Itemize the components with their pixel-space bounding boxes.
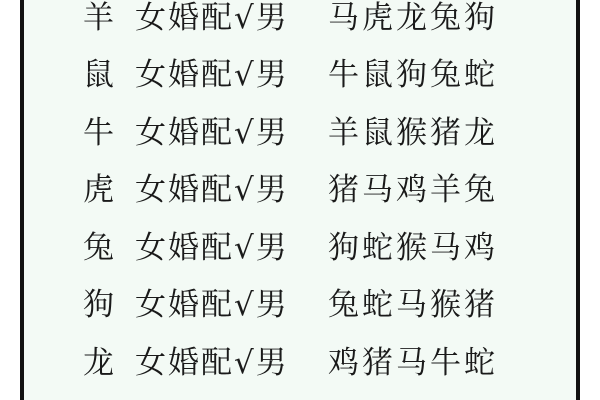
- compatible-signs: 鸡猪马牛蛇: [328, 343, 498, 383]
- table-row: 鼠 女婚配√男 牛鼠狗兔蛇: [24, 55, 576, 95]
- zodiac-compatibility-panel: 羊 女婚配√男 马虎龙兔狗 鼠 女婚配√男 牛鼠狗兔蛇 牛 女婚配√男 羊鼠猴猪…: [20, 0, 580, 400]
- zodiac-sign: 狗: [83, 285, 114, 325]
- page: 羊 女婚配√男 马虎龙兔狗 鼠 女婚配√男 牛鼠狗兔蛇 牛 女婚配√男 羊鼠猴猪…: [0, 0, 600, 400]
- relation-text: 女婚配√男: [135, 228, 289, 268]
- table-row: 牛 女婚配√男 羊鼠猴猪龙: [24, 113, 576, 153]
- compatible-signs: 马虎龙兔狗: [328, 0, 498, 38]
- table-row: 龙 女婚配√男 鸡猪马牛蛇: [24, 343, 576, 383]
- compatible-signs: 兔蛇马猴猪: [328, 285, 498, 325]
- relation-text: 女婚配√男: [135, 0, 289, 38]
- compatible-signs: 猪马鸡羊兔: [328, 170, 498, 210]
- compatible-signs: 羊鼠猴猪龙: [328, 113, 498, 153]
- relation-text: 女婚配√男: [135, 55, 289, 95]
- relation-text: 女婚配√男: [135, 285, 289, 325]
- table-row: 兔 女婚配√男 狗蛇猴马鸡: [24, 228, 576, 268]
- relation-text: 女婚配√男: [135, 113, 289, 153]
- zodiac-sign: 牛: [83, 113, 114, 153]
- compatible-signs: 狗蛇猴马鸡: [328, 228, 498, 268]
- zodiac-sign: 龙: [83, 343, 114, 383]
- zodiac-sign: 兔: [83, 228, 114, 268]
- table-row: 羊 女婚配√男 马虎龙兔狗: [24, 0, 576, 38]
- zodiac-sign: 虎: [83, 170, 114, 210]
- relation-text: 女婚配√男: [135, 170, 289, 210]
- table-row: 虎 女婚配√男 猪马鸡羊兔: [24, 170, 576, 210]
- zodiac-sign: 鼠: [83, 55, 114, 95]
- relation-text: 女婚配√男: [135, 343, 289, 383]
- zodiac-sign: 羊: [83, 0, 114, 38]
- table-row: 狗 女婚配√男 兔蛇马猴猪: [24, 285, 576, 325]
- compatible-signs: 牛鼠狗兔蛇: [328, 55, 498, 95]
